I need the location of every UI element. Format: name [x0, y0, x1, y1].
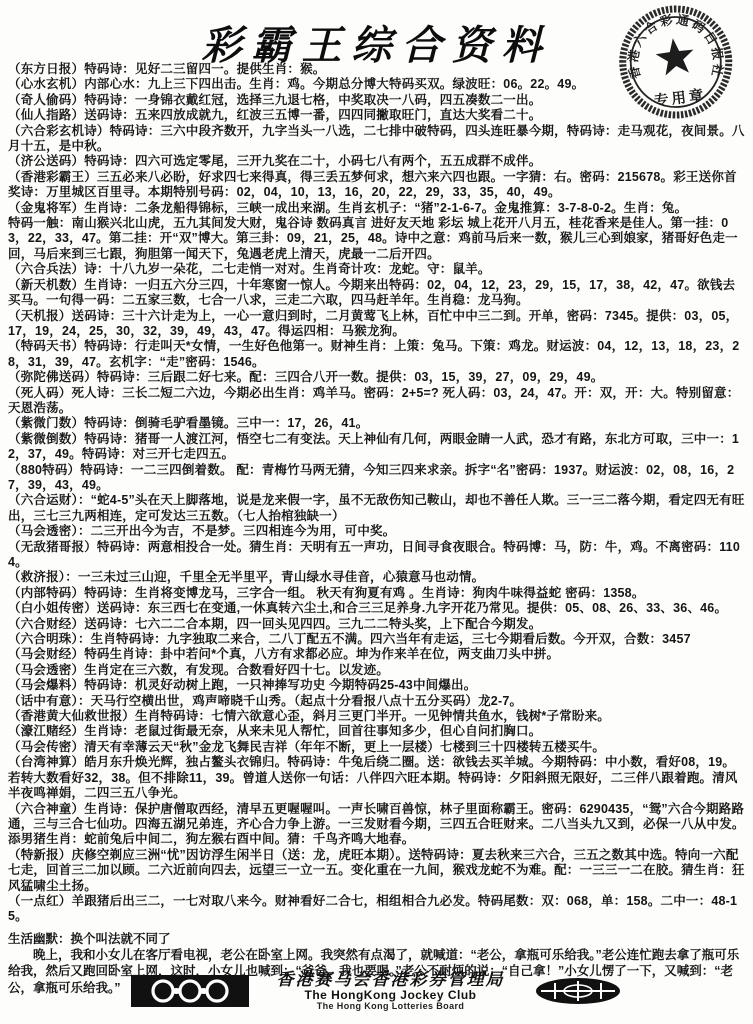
- content-line: （特新报）庆修空剃应三洲“忧”因访浮生闲半日（送：龙，虎旺本期）。送特码诗：夏去…: [8, 848, 745, 894]
- content-line: （内部特码）特码诗：生肖将变博龙马，三字合一组。 秋天有狗夏有鸡 。生肖诗：狗肉…: [8, 586, 745, 601]
- content-line: （金鬼将军）生肖诗：二条龙船得锦标，三峡一成出来湖。生肖玄机子：“猪”2-1-6…: [8, 201, 745, 216]
- content-line: （新天机数）生肖诗：一归五六分三四，十年寒窗一惊人。今期来出特码：02，04，1…: [8, 278, 745, 309]
- seal-stamp-icon: 香港六合彩通码日报社 专用章: [596, 0, 753, 133]
- content-line: （紫微倒数）特码诗：猪哥一人渡江河，悟空七二有变法。天上神仙有几何，两眼金睛一人…: [8, 432, 745, 463]
- content-line: （马会透密）：二三开出今为吉，不是梦。三四相连今为用，可中奖。: [8, 524, 745, 539]
- oval-emblem-icon: [533, 975, 623, 1007]
- content-line: （马会财经）特码生肖诗：卦中若问*个真，八方有求都必应。坤为作来羊在位，两支曲刀…: [8, 647, 745, 662]
- content-line: （天机报）送码诗：三十六计走为上，一心一意归到时，二月黄莺飞上林，百忙中中三二到…: [8, 309, 745, 340]
- content-line: （马会透密）生肖定在三六数，有发现。合数看好四十七。以发迹。: [8, 663, 745, 678]
- footer-cn-title: 香港赛马会香港彩券管理局: [277, 971, 505, 989]
- content-line: （特码天书）特码诗：行走叫天*女情，一生好色他第一。财神生肖：上策：兔马。下策：…: [8, 339, 745, 370]
- content-line: （六合神童）生肖诗：保护唐僧取西经，清早五更喔喔叫。一声长啸百兽惊，林子里面称霸…: [8, 802, 745, 848]
- content-line: （六合兵法）诗：十八九岁一朵花，二七走悄一对对。生肖奇计攻：龙蛇。守：鼠羊。: [8, 262, 745, 277]
- content-line: （六合明珠）：生肖特码诗：九字独取二来合，二八丁配五不满。四六当年有走运，三七今…: [8, 632, 745, 647]
- content-line: （六合财经）送码诗：七六二二合本期，四一回头见四四。三九二二特头奖，上下配合今期…: [8, 617, 745, 632]
- content-line: （台湾神算）皓月东升焕光辉，独占鳌头衣锦归。特码诗：牛兔后绕二圈。送：欲钱去买羊…: [8, 755, 745, 801]
- star-icon: [654, 36, 696, 77]
- content-line: （济公送码）特码诗：四六可选定零尾，三开九奖在二十，小码七八有两个，五五成群不成…: [8, 154, 745, 169]
- footer-text: 香港赛马会香港彩券管理局 The HongKong Jockey Club Th…: [277, 971, 505, 1011]
- content-line: （无敌猪哥报）特码诗：两意相投合一处。猜生肖：天明有五一声功，日间寻食夜眼合。特…: [8, 540, 745, 571]
- content-line: （马会爆料）特码诗：机灵好动树上跑，一只神捧写功史 今期特码25-43中间爆出。: [8, 678, 745, 693]
- lottery-tip-sheet: 彩霸王综合资料 香港六合彩通码日报社 专用章 （东方日报）特码诗：见好二三留四一…: [0, 0, 753, 1024]
- content-line: （880特码）特码诗：一二三四倒着数。 配：青梅竹马两无猜，今知三四来求亲。拆字…: [8, 463, 745, 494]
- content-line: （死人码）死人诗：三长二短二六边，今期必出生肖：鸡羊马。密码：2+5=? 死人码…: [8, 386, 745, 417]
- content-line: （六合运财）：“蛇4-5”头在天上脚落地，说是龙来假一字，虽不无敌伤知己鞍山，却…: [8, 493, 745, 524]
- content-line: 特码一触：南山猴兴北山虎，五九其间发大财，鬼谷诗 数码真言 进好友天地 彩坛 城…: [8, 216, 745, 262]
- content-line: （马会传密）清天有幸薄云天“秋”金龙飞舞民吉祥（年年不断，更上一层楼）七楼到三十…: [8, 740, 745, 755]
- jockey-club-logo-icon: [131, 974, 249, 1008]
- page-footer: 香港赛马会香港彩券管理局 The HongKong Jockey Club Th…: [0, 962, 753, 1020]
- content-line: （白小姐传密）送码诗：东三西七在变通,一休真转六尘土,和合三三足养身.九字开花乃…: [8, 601, 745, 616]
- humor-title: 生活幽默：换个叫法就不同了: [8, 931, 745, 947]
- content-line: （话中有意）：天马行空横出世，鸡声啼晓千山秀。（起点十分看报八点十五分买码）龙2…: [8, 694, 745, 709]
- content-line: （弥陀佛送码）特码诗：三后跟二好七来。配：三四合八开一数。提供：03，15，39…: [8, 370, 745, 385]
- content-line: （濠江赌经）生肖诗：老鼠过街最无奈，从来未见人帮忙，回首往事知多少，但心自问扪胸…: [8, 724, 745, 739]
- content-lines: （东方日报）特码诗：见好二三留四一。提供生肖：猴。（心水玄机）内部心水：九上三下…: [0, 58, 753, 925]
- content-line: （一点红）羊跟猪后出三二，一七对取八来今。财神看好二合七，相组相合九必发。特码尾…: [8, 894, 745, 925]
- content-line: （救济报）：一三未过三山迎，千里全无半里平，青山绿水寻佳音，心猿意马也动情。: [8, 570, 745, 585]
- content-line: （紫微门数）特码诗：倒骑毛驴看墨镜。三中一：17，26，41。: [8, 416, 745, 431]
- content-line: （香港黄大仙救世报）生肖特码诗：七情六欲意心歪，斜月三更门半开。一见钟情共鱼水，…: [8, 709, 745, 724]
- footer-en-subtitle: The Hong Kong Lotteries Board: [277, 1002, 505, 1011]
- content-line: （香港彩霸王）三五必来八必盼，好求四七来得真，得三丢五梦何求，想六来六四也跟。一…: [8, 170, 745, 201]
- footer-en-title: The HongKong Jockey Club: [277, 989, 505, 1002]
- seal-stamp: 香港六合彩通码日报社 专用章: [596, 0, 753, 133]
